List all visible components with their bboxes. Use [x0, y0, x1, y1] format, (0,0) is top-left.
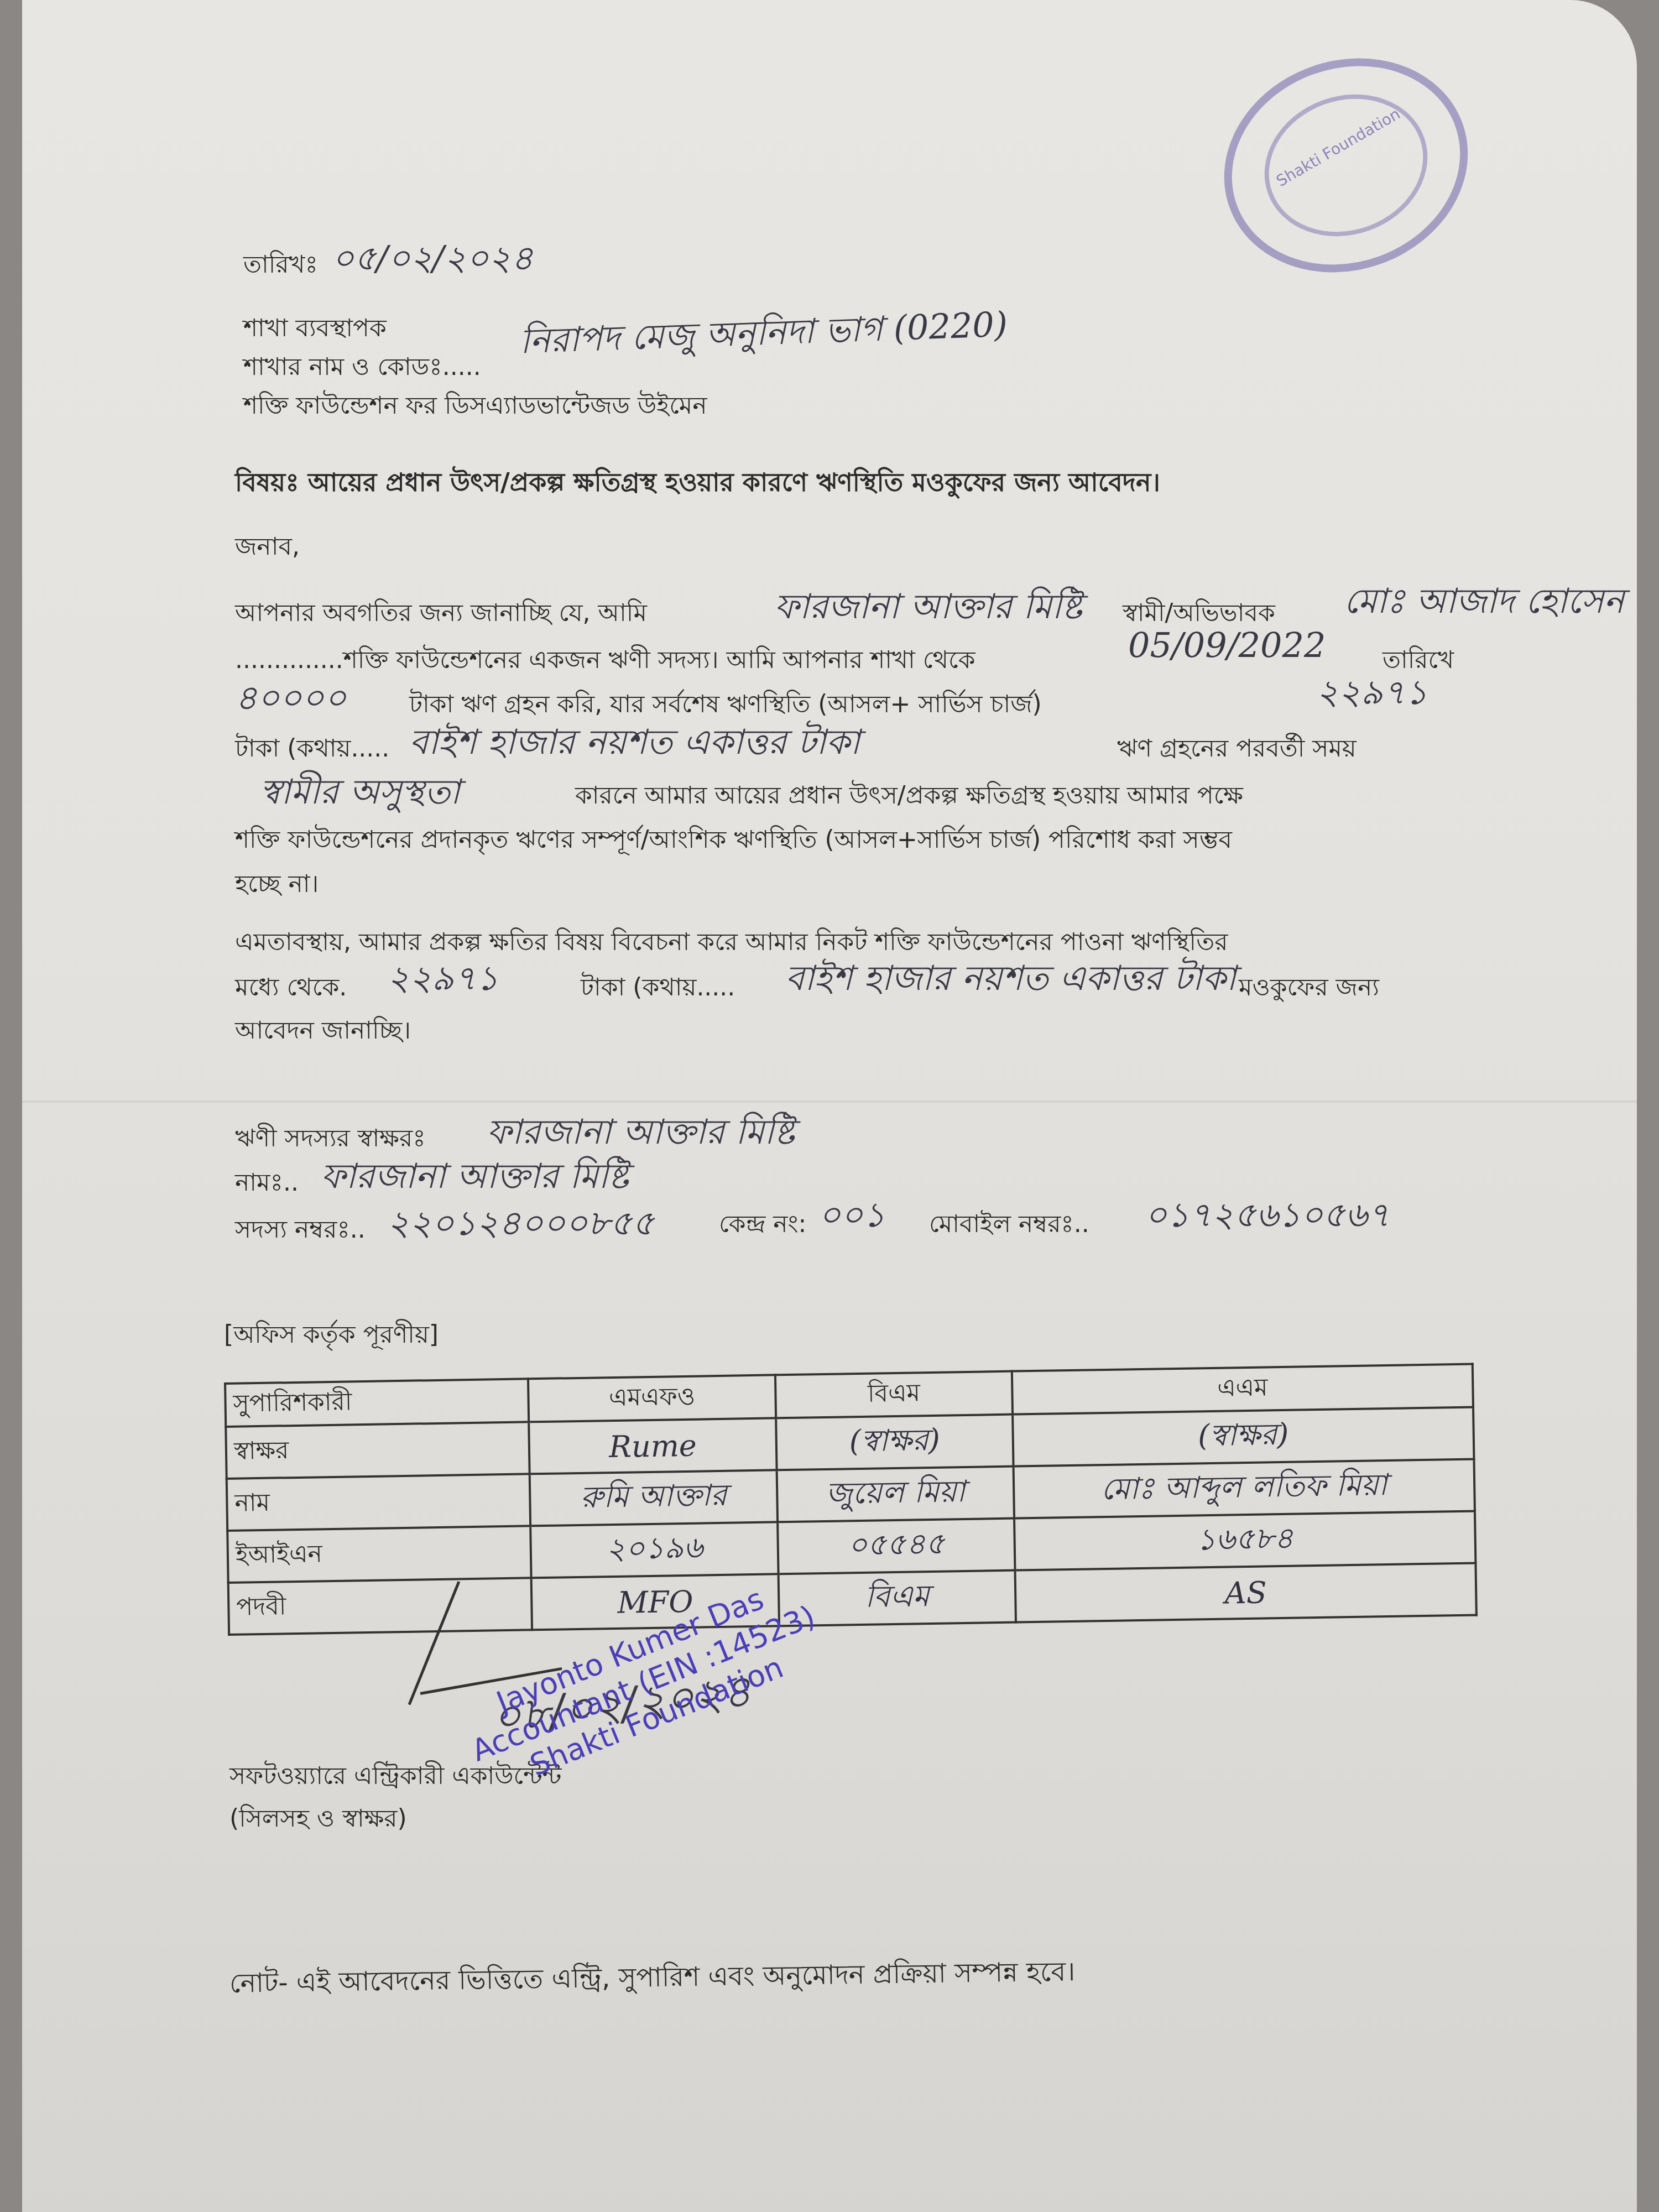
table-cell: মোঃ আব্দুল লতিফ মিয়া [1013, 1459, 1474, 1519]
office-approval-table: সুপারিশকারী এমএফও বিএম এএম স্বাক্ষর Rume… [224, 1363, 1478, 1636]
paper-fold [22, 1100, 1637, 1103]
table-cell: ০৫৫৪৫ [778, 1519, 1015, 1574]
row-label: স্বাক্ষর [226, 1422, 529, 1479]
waive-words-handwritten: বাইশ হাজার নয়শত একাত্তর টাকা [785, 952, 1236, 1009]
member-name-handwritten: ফারজানা আক্তার মিষ্টি [774, 581, 1082, 638]
balance-handwritten: ২২৯৭১ [1316, 666, 1427, 723]
mobile-value: ০১৭২৫৬১০৫৬৭ [1145, 1189, 1390, 1246]
loan-amount-handwritten: ৪০০০০ [235, 672, 346, 729]
table-cell: (স্বাক্ষর) [776, 1415, 1013, 1470]
guardian-name-handwritten: মোঃ আজাদ হোসেন [1344, 575, 1624, 632]
row-label: ইআইএন [227, 1526, 531, 1583]
balance-words-handwritten: বাইশ হাজার নয়শত একাত্তর টাকা [409, 716, 860, 773]
row-label: নাম [227, 1474, 530, 1531]
table-column-header: এমএফও [528, 1375, 776, 1422]
body-text: হচ্ছে না। [235, 865, 319, 906]
body-text: মওকুফের জন্য [1239, 969, 1379, 1009]
table-cell: জুয়েল মিয়া [777, 1467, 1014, 1522]
body-text: শক্তি ফাউন্ডেশনের প্রদানকৃত ঋণের সম্পূর্… [235, 821, 1232, 862]
center-label: কেন্দ্র নং: [719, 1206, 806, 1246]
body-text: আপনার অবগতির জন্য জানাচ্ছি যে, আমি [235, 594, 647, 635]
table-column-header: বিএম [775, 1371, 1013, 1418]
date-value: ০৫/০২/২০২৪ [332, 232, 533, 289]
date-label: তারিখঃ [243, 246, 318, 286]
recipient-title: শাখা ব্যবস্থাপক [243, 310, 387, 350]
salutation: জনাব, [235, 528, 300, 568]
table-cell: ১৬৫৮৪ [1014, 1511, 1475, 1570]
table-cell: Rume [529, 1418, 777, 1474]
member-number-value: ২২০১২৪০০০৮৫৫ [387, 1197, 654, 1254]
body-text: আবেদন জানাচ্ছি। [235, 1012, 411, 1052]
subject-line: বিষয়ঃ আয়ের প্রধান উৎস/প্রকল্প ক্ষতিগ্র… [235, 463, 1160, 505]
body-text: টাকা (কথায়..... [235, 730, 389, 770]
accountant-sublabel: (সিলসহ ও স্বাক্ষর) [229, 1800, 407, 1840]
loan-date-handwritten: 05/09/2022 [1128, 625, 1326, 665]
organization-name: শক্তি ফাউন্ডেশন ফর ডিসএ্যাডভান্টেজড উইমে… [243, 387, 707, 427]
center-value: ০০১ [818, 1189, 885, 1246]
body-text: ঋণ গ্রহনের পরবর্তী সময় [1117, 730, 1357, 770]
office-section-title: [অফিস কর্তৃক পূরণীয়] [224, 1316, 439, 1357]
waive-amount-handwritten: ২২৯৭১ [387, 952, 498, 1009]
body-text: মধ্যে থেকে. [235, 969, 347, 1009]
table-cell: (স্বাক্ষর) [1013, 1407, 1474, 1467]
table-cell: রুমি আক্তার [530, 1470, 778, 1526]
mobile-label: মোবাইল নম্বরঃ.. [929, 1206, 1089, 1246]
reason-handwritten: স্বামীর অসুস্থতা [260, 766, 460, 823]
member-name-label: নামঃ.. [235, 1164, 299, 1204]
branch-label: শাখার নাম ও কোডঃ..... [243, 348, 481, 389]
table-cell: সুপারিশকারী [225, 1379, 529, 1427]
member-number-label: সদস্য নম্বরঃ.. [235, 1211, 366, 1251]
body-text: টাকা (কথায়..... [581, 969, 735, 1009]
table-column-header: এএম [1012, 1364, 1473, 1415]
row-label: পদবী [228, 1578, 532, 1635]
table-cell: ২০১৯৬ [530, 1522, 779, 1578]
table-cell: AS [1015, 1563, 1476, 1622]
body-text: কারনে আমার আয়ের প্রধান উৎস/প্রকল্প ক্ষত… [575, 777, 1243, 817]
